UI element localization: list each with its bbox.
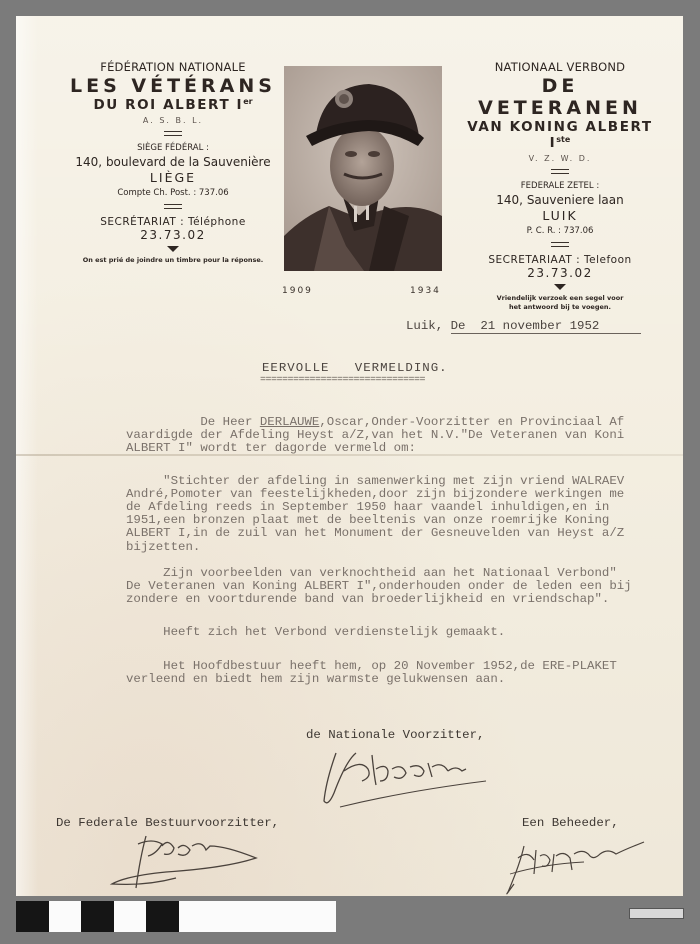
calibration-patch-black (146, 901, 179, 932)
letter-body: De Heer DERLAUWE,Oscar,Onder-Voorzitter … (126, 416, 683, 686)
organization-name: LES VÉTÉRANS (68, 75, 278, 97)
paragraph-2-line: zondere en voortdurende band van broeder… (126, 593, 683, 606)
federation-label: NATIONAAL VERBOND (455, 60, 665, 74)
text: ,Oscar,Onder-Voorzitter en Provinciaal A… (319, 415, 624, 429)
administrator-label: Een Beheeder, (522, 816, 619, 830)
signature-icon (494, 834, 654, 896)
letterhead-french: FÉDÉRATION NATIONALE LES VÉTÉRANS DU ROI… (68, 60, 278, 265)
account-number: P. C. R. : 737.06 (455, 226, 665, 236)
secretariat-label: SECRETARIAAT : Telefoon (488, 254, 631, 266)
triangle-down-icon (554, 284, 566, 290)
secretariat-line: SECRÉTARIAT : Téléphone 23.73.02 (68, 216, 278, 242)
letterhead-dutch: NATIONAAL VERBOND DE VETERANEN VAN KONIN… (455, 60, 665, 312)
stamp-note-line-2: het antwoord bij te voegen. (455, 303, 665, 312)
place: Luik, (406, 319, 443, 333)
secretariat-label: SECRÉTARIAT : Téléphone (100, 216, 246, 228)
city: LUIK (455, 208, 665, 223)
legal-form: V. Z. W. D. (455, 154, 665, 163)
divider (164, 204, 182, 209)
calibration-patch-black (16, 901, 49, 932)
seat-label: SIÈGE FÉDÉRAL : (68, 143, 278, 153)
scan-reference-label (629, 908, 684, 919)
date: De 21 november 1952 (451, 319, 641, 334)
subtitle-text: DU ROI ALBERT I (93, 97, 243, 113)
account-number: Compte Ch. Post. : 737.06 (68, 188, 278, 198)
federal-chair-signature (106, 828, 266, 896)
letter-title: EERVOLLE VERMELDING. (262, 361, 448, 375)
triangle-down-icon (167, 246, 179, 252)
paragraph-4-line: Het Hoofdbestuur heeft hem, op 20 Novemb… (126, 660, 683, 673)
federation-label: FÉDÉRATION NATIONALE (68, 60, 278, 74)
paragraph-1-line: ALBERT I" wordt ter dagorde vermeld om: (126, 442, 683, 455)
signature-icon (316, 741, 496, 811)
text: De Heer (126, 415, 260, 429)
organization-name: DE VETERANEN (455, 75, 665, 119)
paragraph-3: Heeft zich het Verbond verdienstelijk ge… (126, 626, 683, 639)
phone-number: 23.73.02 (140, 228, 205, 242)
city: LIÈGE (68, 170, 278, 185)
year-end: 1934 (410, 286, 441, 296)
calibration-patch-white (49, 901, 81, 932)
organization-subtitle: DU ROI ALBERT Ier (68, 97, 278, 113)
title-underline: ============================== (260, 375, 425, 386)
ordinal-suffix: er (243, 97, 252, 106)
divider (164, 131, 182, 136)
calibration-patch-black (81, 901, 114, 932)
letter-page: FÉDÉRATION NATIONALE LES VÉTÉRANS DU ROI… (16, 16, 683, 896)
calibration-patch-white (179, 901, 336, 932)
secretariat-line: SECRETARIAAT : Telefoon 23.73.02 (455, 254, 665, 280)
stamp-note: On est prié de joindre un timbre pour la… (68, 256, 278, 265)
quote-line: ALBERT I,in de zuil van het Monument der… (126, 527, 683, 540)
phone-number: 23.73.02 (527, 266, 592, 280)
seat-label: FEDERALE ZETEL : (455, 181, 665, 191)
year-start: 1909 (282, 286, 313, 296)
organization-subtitle: VAN KONING ALBERT Iste (455, 119, 665, 151)
paragraph-4-line: verleend en biedt hem zijn warmste geluk… (126, 673, 683, 686)
ordinal-suffix: ste (556, 135, 570, 144)
address: 140, boulevard de la Sauvenière (68, 155, 278, 169)
portrait-photo (284, 66, 442, 271)
national-chair-label: de Nationale Voorzitter, (306, 728, 484, 742)
signature-icon (106, 828, 266, 896)
legal-form: A. S. B. L. (68, 116, 278, 125)
honoree-name: DERLAUWE (260, 415, 320, 429)
divider (551, 169, 569, 174)
paper-edge (16, 16, 38, 896)
quote-line: bijzetten. (126, 541, 683, 554)
date-line: Luik, De 21 november 1952 (406, 319, 641, 334)
administrator-signature (494, 834, 654, 896)
calibration-patch-white (114, 901, 146, 932)
address: 140, Sauveniere laan (455, 193, 665, 207)
stamp-note-line-1: Vriendelijk verzoek een segel voor (455, 294, 665, 303)
divider (551, 242, 569, 247)
national-chair-signature (316, 741, 496, 811)
quote-line: "Stichter der afdeling in samenwerking m… (126, 475, 683, 488)
portrait-image (284, 66, 442, 271)
